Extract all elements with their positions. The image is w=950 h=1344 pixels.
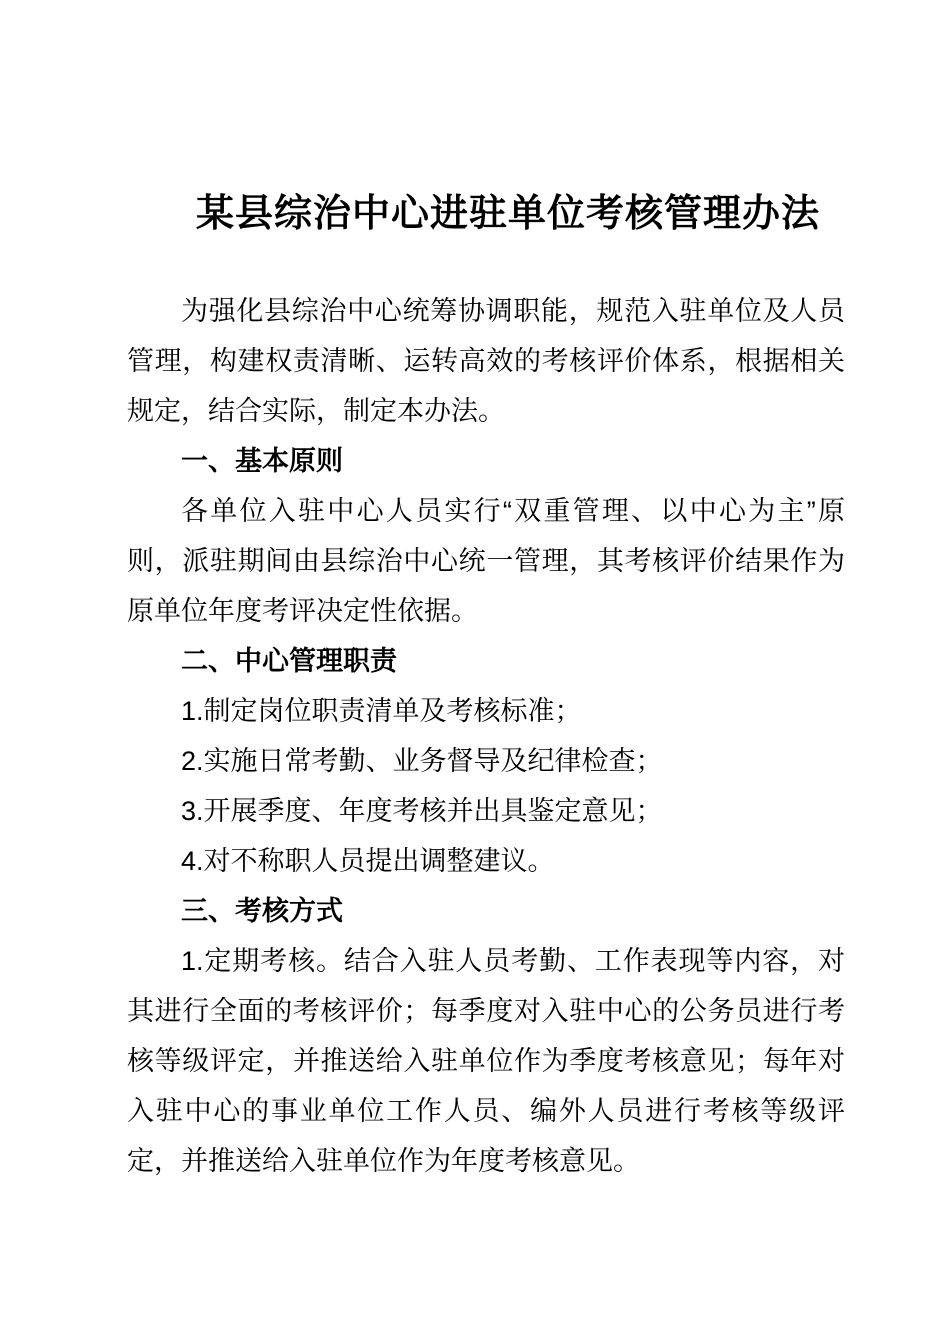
duty-list-item-4: 4.对不称职人员提出调整建议。 xyxy=(127,836,845,886)
section-heading-basic-principles: 一、基本原则 xyxy=(127,436,845,486)
duty-list-item-1: 1.制定岗位职责清单及考核标准； xyxy=(127,686,845,736)
section-heading-center-duties: 二、中心管理职责 xyxy=(127,636,845,686)
intro-paragraph: 为强化县综治中心统筹协调职能，规范入驻单位及人员管理，构建权责清晰、运转高效的考… xyxy=(127,286,845,436)
assessment-method-paragraph: 1.定期考核。结合入驻人员考勤、工作表现等内容，对其进行全面的考核评价；每季度对… xyxy=(127,936,845,1186)
duty-list-item-3: 3.开展季度、年度考核并出具鉴定意见； xyxy=(127,786,845,836)
document-content: 某县综治中心进驻单位考核管理办法 为强化县综治中心统筹协调职能，规范入驻单位及人… xyxy=(0,0,950,1186)
basic-principles-paragraph: 各单位入驻中心人员实行“双重管理、以中心为主”原则，派驻期间由县综治中心统一管理… xyxy=(127,486,845,636)
document-page: 某县综治中心进驻单位考核管理办法 为强化县综治中心统筹协调职能，规范入驻单位及人… xyxy=(0,0,950,1344)
duty-list-item-2: 2.实施日常考勤、业务督导及纪律检查； xyxy=(127,736,845,786)
document-title: 某县综治中心进驻单位考核管理办法 xyxy=(149,186,867,242)
section-heading-assessment-method: 三、考核方式 xyxy=(127,886,845,936)
